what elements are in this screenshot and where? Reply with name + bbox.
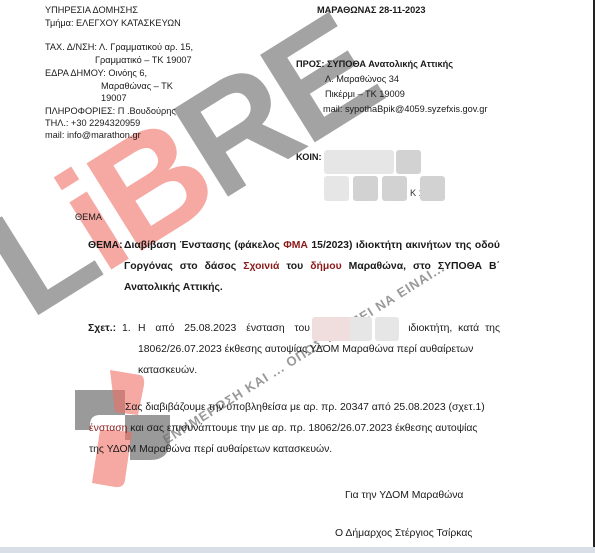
redacted-owner-name	[350, 317, 372, 341]
subject-line-2: ΓοργόναςστοδάσοςΣχοινιάτουδήμουΜαραθώνα,…	[124, 261, 500, 272]
reference-number: 1.	[122, 323, 131, 334]
sender-service: ΥΠΗΡΕΣΙΑ ΔΟΜΗΣΗΣ	[45, 5, 138, 16]
signature-name: Ο Δήμαρχος Στέργιος Τσίρκας	[335, 528, 472, 539]
sender-postal-address: ΤΑΧ. Δ/ΝΣΗ: Λ. Γραμματικού αρ. 15,	[45, 42, 193, 53]
sender-seat-zip: 19007	[101, 93, 127, 104]
body-line-3: της ΥΔΟΜ Μαραθώνα περί αυθαίρετων κατασκ…	[89, 444, 332, 455]
sender-info: ΠΛΗΡΟΦΟΡΙΕΣ: Π .Βουδούρης	[45, 106, 176, 117]
redacted-block	[382, 176, 407, 201]
subject-label: ΘΕΜΑ:	[88, 240, 123, 251]
cc-label: ΚΟΙΝ:	[296, 152, 322, 163]
recipient-address: Λ. Μαραθώνος 34	[325, 74, 399, 85]
body-line-2: ένσταση και σας επισυνάπτουμε την με αρ.…	[89, 423, 477, 434]
viewer-bottom-bar	[0, 547, 595, 553]
sender-mail[interactable]: mail: info@marathon.gr	[45, 130, 141, 141]
redacted-block	[396, 150, 421, 174]
reference-line-1b: ιιδιοκτήτη,κατάτης	[400, 323, 500, 334]
redacted-owner-name	[375, 317, 399, 341]
subject-line-1: ΔιαβίβασηΈνστασης(φάκελοςΦΜΑ15/2023)ιδιο…	[124, 240, 500, 251]
sender-phone: ΤΗΛ.: +30 2294320959	[45, 118, 140, 129]
subject-heading: ΘΕΜΑ	[75, 212, 102, 223]
redacted-block	[353, 176, 378, 201]
body-line-1: Σας διαβιβάζουμε την υποβληθείσα με αρ. …	[125, 402, 485, 413]
recipient-city: Πικέρμι – ΤΚ 19009	[325, 89, 405, 100]
document-page: LiBRE ΕΝΗΜΕΡΩΣΗ ΚΑΙ ... ΟΠΩΣ ΠΡΕΠΕΙ ΝΑ Ε…	[0, 0, 593, 547]
redacted-block	[324, 150, 394, 174]
reference-line-2: 18062/26.07.2023 έκθεσης αυτοψίας ΥΔΟΜ Μ…	[138, 344, 473, 355]
reference-line-3: κατασκευών.	[138, 365, 197, 376]
signature-for: Για την ΥΔΟΜ Μαραθώνα	[345, 490, 463, 501]
subject-line-3: Ανατολικής Αττικής.	[124, 282, 223, 293]
reference-label: Σχετ.:	[88, 323, 116, 334]
place-date: ΜΑΡΑΘΩΝΑΣ 28-11-2023	[317, 5, 425, 16]
sender-seat: ΕΔΡΑ ΔΗΜΟΥ: Οινόης 6,	[45, 68, 147, 79]
recipient-mail[interactable]: mail: sypothaBpik@4059.syzefxis.gov.gr	[323, 104, 487, 115]
sender-postal-city: Γραμματικό – ΤΚ 19007	[95, 55, 192, 66]
reference-line-1a: Ηαπό25.08.2023ένστασητου	[138, 323, 310, 334]
redacted-block	[324, 176, 349, 201]
redacted-block	[420, 176, 445, 201]
recipient-label: ΠΡΟΣ: ΣΥΠΟΘΑ Ανατολικής Αττικής	[296, 59, 453, 70]
sender-seat-city: Μαραθώνας – ΤΚ	[101, 81, 173, 92]
sender-department: Τμήμα: ΕΛΕΓΧΟΥ ΚΑΤΑΣΚΕΥΩΝ	[45, 18, 181, 29]
